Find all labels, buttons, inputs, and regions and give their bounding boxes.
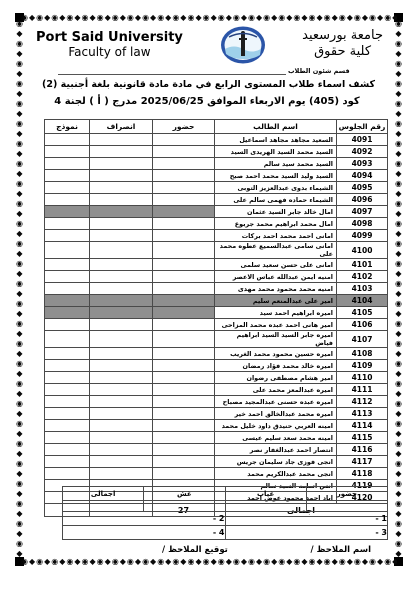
- departure-cell: [90, 170, 153, 182]
- attendance-cell: [153, 218, 215, 230]
- seat-number-cell: 4106: [337, 319, 388, 331]
- departure-cell: [90, 146, 153, 158]
- departure-cell: [90, 384, 153, 396]
- student-name-cell: انتصار احمد عبدالغفار نصر: [215, 444, 337, 456]
- departure-cell: [90, 134, 153, 146]
- seat-number-cell: 4111: [337, 384, 388, 396]
- form-cell: [45, 158, 90, 170]
- seat-number-cell: 4109: [337, 360, 388, 372]
- form-cell: [45, 360, 90, 372]
- table-row: 4102امنيه ايمن عبدالله عباس الاعصر: [45, 271, 388, 283]
- seat-number-cell: 4118: [337, 468, 388, 480]
- attendance-cell: [153, 194, 215, 206]
- attendance-cell: [153, 468, 215, 480]
- university-seal-logo: [220, 25, 266, 65]
- table-row: 4112اميره عبده حسنى عبدالمجيد مصباح: [45, 396, 388, 408]
- departure-cell: [90, 372, 153, 384]
- seat-number-cell: 4103: [337, 283, 388, 295]
- departure-cell: [90, 295, 153, 307]
- student-name-cell: الشيماء بدوى عبدالعزيز التوبى: [215, 182, 337, 194]
- student-name-cell: اميره عبدالمعز محمد على: [215, 384, 337, 396]
- form-cell: [45, 194, 90, 206]
- table-row: 4114امينه العربي حنيدق داود خليل محمد: [45, 420, 388, 432]
- student-name-cell: اميره محمد عبدالخالق احمد خير: [215, 408, 337, 420]
- table-row: 4117انجى فوزى جاد سليمان جريس: [45, 456, 388, 468]
- departure-cell: [90, 408, 153, 420]
- student-name-cell: امينه محمد سعد سليم عيسى: [215, 432, 337, 444]
- table-row: 4107اميره جابر السيد السيد ابراهيم فياض: [45, 331, 388, 348]
- university-title-ar: جامعة بورسعيد: [302, 28, 383, 44]
- form-cell: [45, 295, 90, 307]
- student-name-cell: امير هانى احمد عبده محمد المزاحى: [215, 319, 337, 331]
- table-row: 4105اميره ابراهيم احمد سيد: [45, 307, 388, 319]
- seat-number-cell: 4094: [337, 170, 388, 182]
- departure-cell: [90, 307, 153, 319]
- seat-number-cell: 4101: [337, 259, 388, 271]
- form-cell: [45, 230, 90, 242]
- attendance-cell: [153, 456, 215, 468]
- numbered-line-row: - 3- 4: [63, 526, 388, 540]
- form-cell: [45, 271, 90, 283]
- seat-number-cell: 4110: [337, 372, 388, 384]
- attendance-cell: [153, 331, 215, 348]
- departure-cell: [90, 468, 153, 480]
- student-name-cell: امنيه محمد محمود محمد مهدى: [215, 283, 337, 295]
- table-row: 4091السعيد مجاهد مجاهد اسماعيل: [45, 134, 388, 146]
- attendance-cell: [153, 230, 215, 242]
- departure-cell: [90, 158, 153, 170]
- form-cell: [45, 468, 90, 480]
- summary-column-header: غش: [144, 487, 225, 501]
- summary-column-header: حضور: [306, 487, 387, 501]
- attendance-cell: [153, 408, 215, 420]
- attendance-cell: [153, 206, 215, 218]
- attendance-cell: [153, 444, 215, 456]
- seat-number-cell: 4116: [337, 444, 388, 456]
- form-cell: [45, 170, 90, 182]
- seat-number-cell: 4098: [337, 218, 388, 230]
- student-name-cell: انجى محمد عبدالكريم محمد: [215, 468, 337, 480]
- departure-cell: [90, 456, 153, 468]
- letterhead: Port Said University Faculty of law جامع…: [36, 25, 383, 65]
- table-row: 4106امير هانى احمد عبده محمد المزاحى: [45, 319, 388, 331]
- attendance-cell: [153, 295, 215, 307]
- departure-cell: [90, 242, 153, 259]
- departure-cell: [90, 319, 153, 331]
- seat-number-cell: 4092: [337, 146, 388, 158]
- summary-value-cell: [225, 501, 306, 512]
- student-name-cell: السعيد مجاهد مجاهد اسماعيل: [215, 134, 337, 146]
- seat-number-cell: 4108: [337, 348, 388, 360]
- table-row: 4094السيد وليد السيد محمد احمد صبح: [45, 170, 388, 182]
- attendance-cell: [153, 360, 215, 372]
- summary-column-header: اجمالى: [63, 487, 144, 501]
- attendance-cell: [153, 146, 215, 158]
- seat-number-cell: 4091: [337, 134, 388, 146]
- departure-cell: [90, 360, 153, 372]
- student-name-cell: انجى فوزى جاد سليمان جريس: [215, 456, 337, 468]
- column-header: اسم الطالب: [215, 120, 337, 134]
- form-cell: [45, 283, 90, 295]
- form-cell: [45, 420, 90, 432]
- student-name-cell: امينه العربي حنيدق داود خليل محمد: [215, 420, 337, 432]
- summary-header-row: حضورغيابغشاجمالى: [63, 487, 388, 501]
- faculty-title-en: Faculty of law: [36, 45, 183, 59]
- frame-ornament-left: ◉◆◉◆◉◆◉◆◉◆◉◆◉◆◉◆◉◆◉◆◉◆◉◆◉◆◉◆◉◆◉◆◉◆◉◆◉◆◉◆…: [15, 19, 24, 560]
- summary-value-row: [63, 501, 388, 512]
- attendance-cell: [153, 372, 215, 384]
- frame-ornament-top: ◉◆◉◆◉◆◉◆◉◆◉◆◉◆◉◆◉◆◉◆◉◆◉◆◉◆◉◆◉◆◉◆◉◆◉◆◉◆◉◆…: [21, 13, 397, 22]
- student-name-cell: اميره جابر السيد السيد ابراهيم فياض: [215, 331, 337, 348]
- seat-number-cell: 4104: [337, 295, 388, 307]
- summary-column-header: غياب: [225, 487, 306, 501]
- table-row: 4093السيد محمد سيد سالم: [45, 158, 388, 170]
- form-cell: [45, 218, 90, 230]
- university-name-arabic: جامعة بورسعيد كلية حقوق: [302, 25, 383, 60]
- form-cell: [45, 206, 90, 218]
- seat-number-cell: 4100: [337, 242, 388, 259]
- attendance-cell: [153, 319, 215, 331]
- form-cell: [45, 384, 90, 396]
- sheet-title: كشف اسماء طلاب المستوى الرابع في مادة ما…: [30, 79, 387, 90]
- seat-number-cell: 4096: [337, 194, 388, 206]
- table-row: 4095الشيماء بدوى عبدالعزيز التوبى: [45, 182, 388, 194]
- column-header: حضور: [153, 120, 215, 134]
- departure-cell: [90, 283, 153, 295]
- form-cell: [45, 134, 90, 146]
- student-name-cell: اميره عبده حسنى عبدالمجيد مصباح: [215, 396, 337, 408]
- seat-number-cell: 4105: [337, 307, 388, 319]
- departure-cell: [90, 331, 153, 348]
- university-title-en: Port Said University: [36, 30, 183, 45]
- faculty-title-ar: كلية حقوق: [302, 44, 383, 60]
- table-row: 4092السيد محمد السيد الهريدى السيد: [45, 146, 388, 158]
- form-cell: [45, 444, 90, 456]
- table-row: 4110امير هشام مصطفى رضوان: [45, 372, 388, 384]
- form-cell: [45, 319, 90, 331]
- exam-session-info: كود (405) يوم الاربعاء الموافق 2025/06/2…: [45, 96, 369, 107]
- attendance-cell: [153, 432, 215, 444]
- attendance-cell: [153, 259, 215, 271]
- student-name-cell: السيد محمد سيد سالم: [215, 158, 337, 170]
- observer-signature-label: توقيع الملاحظ /: [162, 545, 228, 555]
- column-header: رقم الجلوس: [337, 120, 388, 134]
- department-label: قسم شئون الطلاب: [288, 67, 350, 75]
- attendance-cell: [153, 158, 215, 170]
- form-cell: [45, 396, 90, 408]
- student-name-cell: السيد محمد السيد الهريدى السيد: [215, 146, 337, 158]
- seat-number-cell: 4113: [337, 408, 388, 420]
- student-name-cell: اميره ابراهيم احمد سيد: [215, 307, 337, 319]
- attendance-cell: [153, 134, 215, 146]
- departure-cell: [90, 432, 153, 444]
- frame-ornament-right: ◉◆◉◆◉◆◉◆◉◆◉◆◉◆◉◆◉◆◉◆◉◆◉◆◉◆◉◆◉◆◉◆◉◆◉◆◉◆◉◆…: [394, 19, 403, 560]
- departure-cell: [90, 420, 153, 432]
- attendance-cell: [153, 283, 215, 295]
- student-name-cell: امال محمد ابراهيم محمد جربوع: [215, 218, 337, 230]
- seat-number-cell: 4093: [337, 158, 388, 170]
- seat-number-cell: 4102: [337, 271, 388, 283]
- table-row: 4096الشيماء حماده فهمى سالم على: [45, 194, 388, 206]
- student-name-cell: امير هشام مصطفى رضوان: [215, 372, 337, 384]
- seat-number-cell: 4117: [337, 456, 388, 468]
- attendance-cell: [153, 307, 215, 319]
- column-header: انصراف: [90, 120, 153, 134]
- attendance-table-body: 4091السعيد مجاهد مجاهد اسماعيل4092السيد …: [45, 134, 388, 517]
- observer-name-label: اسم الملاحظ /: [311, 545, 371, 555]
- attendance-cell: [153, 420, 215, 432]
- university-name-english: Port Said University Faculty of law: [36, 25, 183, 59]
- student-name-cell: امال خالد جابر السيد عثمان: [215, 206, 337, 218]
- seat-number-cell: 4112: [337, 396, 388, 408]
- department-divider-line: [58, 74, 286, 75]
- attendance-cell: [153, 396, 215, 408]
- seat-number-cell: 4099: [337, 230, 388, 242]
- form-cell: [45, 432, 90, 444]
- summary-value-cell: [144, 501, 225, 512]
- departure-cell: [90, 182, 153, 194]
- summary-table-body: - 1- 2- 3- 4: [63, 501, 388, 540]
- departure-cell: [90, 194, 153, 206]
- table-row: 4113اميره محمد عبدالخالق احمد خير: [45, 408, 388, 420]
- table-row: 4116انتصار احمد عبدالغفار نصر: [45, 444, 388, 456]
- student-name-cell: امير على عبدالمنعم سليم: [215, 295, 337, 307]
- student-name-cell: اميره حسين محمود محمد الغريب: [215, 348, 337, 360]
- departure-cell: [90, 348, 153, 360]
- table-row: 4100امانى سامى عبدالسميع عطوه محمد على: [45, 242, 388, 259]
- student-name-cell: امنيه ايمن عبدالله عباس الاعصر: [215, 271, 337, 283]
- numbered-line-cell: - 2: [63, 512, 226, 526]
- scanned-attendance-sheet: { "header": { "university_en": "Port Sai…: [0, 0, 417, 589]
- attendance-cell: [153, 384, 215, 396]
- frame-ornament-bottom: ◉◆◉◆◉◆◉◆◉◆◉◆◉◆◉◆◉◆◉◆◉◆◉◆◉◆◉◆◉◆◉◆◉◆◉◆◉◆◉◆…: [21, 557, 397, 566]
- departure-cell: [90, 271, 153, 283]
- form-cell: [45, 348, 90, 360]
- student-name-cell: امانى احمد محمد احمد بركات: [215, 230, 337, 242]
- numbered-line-cell: - 4: [63, 526, 226, 540]
- form-cell: [45, 259, 90, 271]
- seat-number-cell: 4115: [337, 432, 388, 444]
- form-cell: [45, 456, 90, 468]
- table-row: 4098امال محمد ابراهيم محمد جربوع: [45, 218, 388, 230]
- student-name-cell: امانى سامى عبدالسميع عطوه محمد على: [215, 242, 337, 259]
- table-row: 4118انجى محمد عبدالكريم محمد: [45, 468, 388, 480]
- attendance-table: رقم الجلوساسم الطالبحضورانصرافنموذج 4091…: [44, 119, 388, 517]
- summary-value-cell: [63, 501, 144, 512]
- table-row: 4115امينه محمد سعد سليم عيسى: [45, 432, 388, 444]
- attendance-cell: [153, 348, 215, 360]
- attendance-table-header-row: رقم الجلوساسم الطالبحضورانصرافنموذج: [45, 120, 388, 134]
- summary-value-cell: [306, 501, 387, 512]
- summary-table: حضورغيابغشاجمالى - 1- 2- 3- 4: [62, 486, 388, 540]
- departure-cell: [90, 218, 153, 230]
- seat-number-cell: 4095: [337, 182, 388, 194]
- numbered-line-row: - 1- 2: [63, 512, 388, 526]
- departure-cell: [90, 444, 153, 456]
- departure-cell: [90, 396, 153, 408]
- table-row: 4103امنيه محمد محمود محمد مهدى: [45, 283, 388, 295]
- form-cell: [45, 242, 90, 259]
- student-name-cell: السيد وليد السيد محمد احمد صبح: [215, 170, 337, 182]
- seat-number-cell: 4097: [337, 206, 388, 218]
- table-row: 4104امير على عبدالمنعم سليم: [45, 295, 388, 307]
- form-cell: [45, 182, 90, 194]
- form-cell: [45, 372, 90, 384]
- departure-cell: [90, 259, 153, 271]
- seat-number-cell: 4107: [337, 331, 388, 348]
- form-cell: [45, 408, 90, 420]
- student-name-cell: امانى على حسن سعيد سلمى: [215, 259, 337, 271]
- attendance-cell: [153, 182, 215, 194]
- table-row: 4099امانى احمد محمد احمد بركات: [45, 230, 388, 242]
- attendance-cell: [153, 170, 215, 182]
- student-name-cell: الشيماء حماده فهمى سالم على: [215, 194, 337, 206]
- numbered-line-cell: - 1: [225, 512, 388, 526]
- numbered-line-cell: - 3: [225, 526, 388, 540]
- column-header: نموذج: [45, 120, 90, 134]
- attendance-cell: [153, 242, 215, 259]
- attendance-cell: [153, 271, 215, 283]
- table-row: 4108اميره حسين محمود محمد الغريب: [45, 348, 388, 360]
- departure-cell: [90, 230, 153, 242]
- table-row: 4111اميره عبدالمعز محمد على: [45, 384, 388, 396]
- table-row: 4109اميره خالد محمد فؤاد رمضان: [45, 360, 388, 372]
- departure-cell: [90, 206, 153, 218]
- student-name-cell: اميره خالد محمد فؤاد رمضان: [215, 360, 337, 372]
- table-row: 4101امانى على حسن سعيد سلمى: [45, 259, 388, 271]
- table-row: 4097امال خالد جابر السيد عثمان: [45, 206, 388, 218]
- form-cell: [45, 331, 90, 348]
- seat-number-cell: 4114: [337, 420, 388, 432]
- form-cell: [45, 146, 90, 158]
- form-cell: [45, 307, 90, 319]
